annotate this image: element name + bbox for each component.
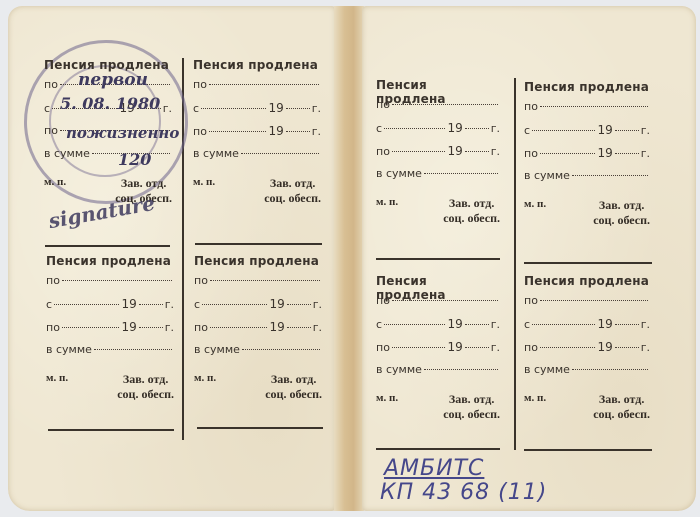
label-s: с	[46, 298, 52, 311]
sum-row: в сумме	[194, 343, 322, 366]
extension-block-left-bottom-left: Пенсия продлена по с19г. по19г. в сумме …	[46, 254, 174, 402]
block-title: Пенсия продлена	[194, 254, 322, 274]
from-row: с19г.	[376, 317, 500, 340]
label-po: по	[376, 98, 390, 111]
sum-row: в сумме	[376, 167, 500, 190]
to-row: по19г.	[193, 124, 321, 147]
label-summ: в сумме	[46, 343, 92, 356]
sum-row: в сумме	[46, 343, 174, 366]
label-s: с	[524, 124, 530, 137]
year-suffix: г.	[165, 298, 174, 311]
until-row: по	[194, 274, 322, 297]
head-title: Зав. отд.соц. обесп.	[443, 196, 500, 226]
block-title: Пенсия продлена	[46, 254, 174, 274]
extension-block-right-top-left: Пенсия продлена по с19г. по19г. в сумме …	[376, 78, 500, 226]
head-title: Зав. отд.соц. обесп.	[265, 372, 322, 402]
booklet-spine	[334, 6, 364, 511]
right-rule-4	[524, 449, 652, 451]
year-prefix: 19	[597, 146, 612, 160]
year-prefix: 19	[268, 101, 283, 115]
signature-area: м. п.Зав. отд.соц. обесп.	[376, 196, 500, 226]
signature-area: м. п.Зав. отд.соц. обесп.	[524, 198, 650, 228]
dotted-line	[532, 130, 595, 131]
head-line-2: соц. обесп.	[593, 213, 650, 227]
dotted-line	[62, 327, 120, 328]
label-summ: в сумме	[193, 147, 239, 160]
year-suffix: г.	[163, 102, 172, 115]
pension-booklet: Пенсия продлена по с19г. по в сумме м. п…	[0, 0, 700, 517]
block-title: Пенсия продлена	[524, 274, 650, 294]
left-rule-2	[195, 243, 322, 245]
dotted-line	[242, 349, 320, 350]
dotted-line	[384, 128, 445, 129]
year-prefix: 19	[597, 317, 612, 331]
dotted-line	[615, 347, 639, 348]
head-line-1: Зав. отд.	[123, 372, 168, 386]
to-row: по19г.	[376, 340, 500, 363]
head-line-1: Зав. отд.	[271, 372, 316, 386]
to-row: по19г.	[524, 340, 650, 363]
dotted-line	[286, 108, 310, 109]
year-prefix: 19	[269, 320, 284, 334]
year-suffix: г.	[491, 145, 500, 158]
label-po: по	[524, 341, 538, 354]
dotted-line	[392, 347, 446, 348]
dotted-line	[540, 347, 596, 348]
head-title: Зав. отд.соц. обесп.	[443, 392, 500, 422]
dotted-line	[241, 153, 319, 154]
dotted-line	[210, 280, 320, 281]
right-column-divider	[514, 78, 516, 450]
dotted-line	[465, 128, 489, 129]
dotted-line	[384, 324, 445, 325]
year-suffix: г.	[491, 341, 500, 354]
dotted-line	[209, 84, 319, 85]
dotted-line	[139, 327, 163, 328]
head-line-1: Зав. отд.	[449, 392, 494, 406]
dotted-line	[392, 151, 446, 152]
label-po: по	[46, 274, 60, 287]
seal-place-label: м. п.	[524, 198, 546, 228]
block-title: Пенсия продлена	[193, 58, 321, 78]
label-summ: в сумме	[376, 167, 422, 180]
label-po: по	[44, 78, 58, 91]
extension-block-left-bottom-right: Пенсия продлена по с19г. по19г. в сумме …	[194, 254, 322, 402]
handwritten-until: пожизненно	[66, 124, 179, 142]
label-po: по	[524, 100, 538, 113]
dotted-line	[540, 300, 648, 301]
dotted-line	[424, 173, 498, 174]
label-s: с	[193, 102, 199, 115]
dotted-line	[540, 153, 596, 154]
year-suffix: г.	[313, 298, 322, 311]
label-po: по	[46, 321, 60, 334]
label-summ: в сумме	[524, 363, 570, 376]
dotted-line	[465, 324, 489, 325]
label-po: по	[524, 294, 538, 307]
from-row: с19г.	[376, 121, 500, 144]
block-title: Пенсия продлена	[524, 80, 650, 100]
dotted-line	[615, 153, 639, 154]
head-line-2: соц. обесп.	[443, 407, 500, 421]
dotted-line	[202, 304, 267, 305]
label-summ: в сумме	[524, 169, 570, 182]
handwritten-note-line-2: КП 43 68 (11)	[380, 480, 547, 505]
dotted-line	[209, 131, 267, 132]
label-s: с	[44, 102, 50, 115]
left-rule-3	[48, 429, 174, 431]
to-row: по19г.	[524, 146, 650, 169]
handwritten-sum: 120	[118, 150, 151, 169]
head-title: Зав. отд.соц. обесп.	[117, 372, 174, 402]
head-line-1: Зав. отд.	[599, 198, 644, 212]
dotted-line	[139, 304, 163, 305]
seal-place-label: м. п.	[44, 176, 66, 206]
seal-place-label: м. п.	[193, 176, 215, 206]
until-row: по	[46, 274, 174, 297]
head-title: Зав. отд.соц. обесп.	[593, 392, 650, 422]
seal-place-label: м. п.	[524, 392, 546, 422]
signature-area: м. п.Зав. отд.соц. обесп.	[193, 176, 321, 206]
dotted-line	[62, 280, 172, 281]
head-line-2: соц. обесп.	[265, 387, 322, 401]
until-row: по	[524, 294, 650, 317]
year-prefix: 19	[447, 144, 462, 158]
head-line-2: соц. обесп.	[443, 211, 500, 225]
label-po: по	[44, 124, 58, 137]
signature-area: м. п.Зав. отд.соц. обесп.	[46, 372, 174, 402]
signature-area: м. п.Зав. отд.соц. обесп.	[524, 392, 650, 422]
dotted-line	[210, 327, 268, 328]
dotted-line	[465, 151, 489, 152]
label-po: по	[194, 321, 208, 334]
year-prefix: 19	[597, 123, 612, 137]
year-prefix: 19	[447, 121, 462, 135]
sum-row: в сумме	[524, 363, 650, 386]
dotted-line	[615, 130, 639, 131]
year-suffix: г.	[165, 321, 174, 334]
year-suffix: г.	[313, 321, 322, 334]
dotted-line	[540, 106, 648, 107]
dotted-line	[201, 108, 266, 109]
from-row: с19г.	[193, 101, 321, 124]
block-title: Пенсия продлена	[376, 78, 500, 98]
seal-place-label: м. п.	[46, 372, 68, 402]
dotted-line	[572, 175, 648, 176]
from-row: с19г.	[524, 123, 650, 146]
label-summ: в сумме	[44, 147, 90, 160]
from-row: с19г.	[194, 297, 322, 320]
extension-block-left-top-right: Пенсия продлена по с19г. по19г. в сумме …	[193, 58, 321, 206]
handwritten-note-line-1: АМБИТС	[384, 456, 484, 481]
year-prefix: 19	[447, 340, 462, 354]
label-summ: в сумме	[194, 343, 240, 356]
left-rule-1	[45, 245, 170, 247]
seal-place-label: м. п.	[376, 392, 398, 422]
dotted-line	[287, 304, 311, 305]
handwritten-from-date: 5. 08. 1980	[60, 94, 160, 113]
year-prefix: 19	[597, 340, 612, 354]
extension-block-right-top-right: Пенсия продлена по с19г. по19г. в сумме …	[524, 80, 650, 228]
head-line-2: соц. обесп.	[264, 191, 321, 205]
to-row: по19г.	[46, 320, 174, 343]
head-line-1: Зав. отд.	[449, 196, 494, 210]
extension-block-right-bottom-right: Пенсия продлена по с19г. по19г. в сумме …	[524, 274, 650, 422]
head-line-1: Зав. отд.	[599, 392, 644, 406]
label-po: по	[193, 78, 207, 91]
right-rule-2	[524, 262, 652, 264]
year-prefix: 19	[121, 297, 136, 311]
head-line-2: соц. обесп.	[117, 387, 174, 401]
dotted-line	[94, 349, 172, 350]
dotted-line	[392, 104, 498, 105]
year-suffix: г.	[641, 147, 650, 160]
to-row: по19г.	[194, 320, 322, 343]
handwritten-po: первои	[78, 70, 148, 90]
seal-place-label: м. п.	[194, 372, 216, 402]
year-suffix: г.	[641, 341, 650, 354]
from-row: с19г.	[524, 317, 650, 340]
sum-row: в сумме	[524, 169, 650, 192]
year-suffix: г.	[641, 124, 650, 137]
year-prefix: 19	[269, 297, 284, 311]
signature-area: м. п.Зав. отд.соц. обесп.	[194, 372, 322, 402]
block-title: Пенсия продлена	[376, 274, 500, 294]
to-row: по19г.	[376, 144, 500, 167]
year-prefix: 19	[268, 124, 283, 138]
right-rule-3	[376, 448, 500, 450]
label-po: по	[376, 294, 390, 307]
dotted-line	[532, 324, 595, 325]
label-po: по	[524, 147, 538, 160]
label-s: с	[376, 318, 382, 331]
year-suffix: г.	[491, 318, 500, 331]
dotted-line	[286, 131, 310, 132]
year-suffix: г.	[312, 102, 321, 115]
until-row: по	[524, 100, 650, 123]
dotted-line	[392, 300, 498, 301]
dotted-line	[465, 347, 489, 348]
sum-row: в сумме	[376, 363, 500, 386]
year-prefix: 19	[121, 320, 136, 334]
head-line-2: соц. обесп.	[593, 407, 650, 421]
dotted-line	[615, 324, 639, 325]
dotted-line	[572, 369, 648, 370]
label-po: по	[376, 145, 390, 158]
label-summ: в сумме	[376, 363, 422, 376]
seal-place-label: м. п.	[376, 196, 398, 226]
head-line-1: Зав. отд.	[121, 176, 166, 190]
dotted-line	[424, 369, 498, 370]
dotted-line	[54, 304, 119, 305]
year-suffix: г.	[312, 125, 321, 138]
left-rule-4	[197, 427, 323, 429]
sum-row: в сумме	[193, 147, 321, 170]
year-suffix: г.	[641, 318, 650, 331]
label-s: с	[376, 122, 382, 135]
label-po: по	[194, 274, 208, 287]
label-po: по	[193, 125, 207, 138]
from-row: с19г.	[46, 297, 174, 320]
sum-row: в сумме	[44, 147, 172, 170]
year-prefix: 19	[447, 317, 462, 331]
label-po: по	[376, 341, 390, 354]
label-s: с	[524, 318, 530, 331]
head-title: Зав. отд.соц. обесп.	[264, 176, 321, 206]
head-title: Зав. отд.соц. обесп.	[593, 198, 650, 228]
head-line-1: Зав. отд.	[270, 176, 315, 190]
extension-block-right-bottom-left: Пенсия продлена по с19г. по19г. в сумме …	[376, 274, 500, 422]
right-rule-1	[376, 258, 500, 260]
label-s: с	[194, 298, 200, 311]
until-row: по	[193, 78, 321, 101]
signature-area: м. п.Зав. отд.соц. обесп.	[376, 392, 500, 422]
year-suffix: г.	[491, 122, 500, 135]
dotted-line	[287, 327, 311, 328]
